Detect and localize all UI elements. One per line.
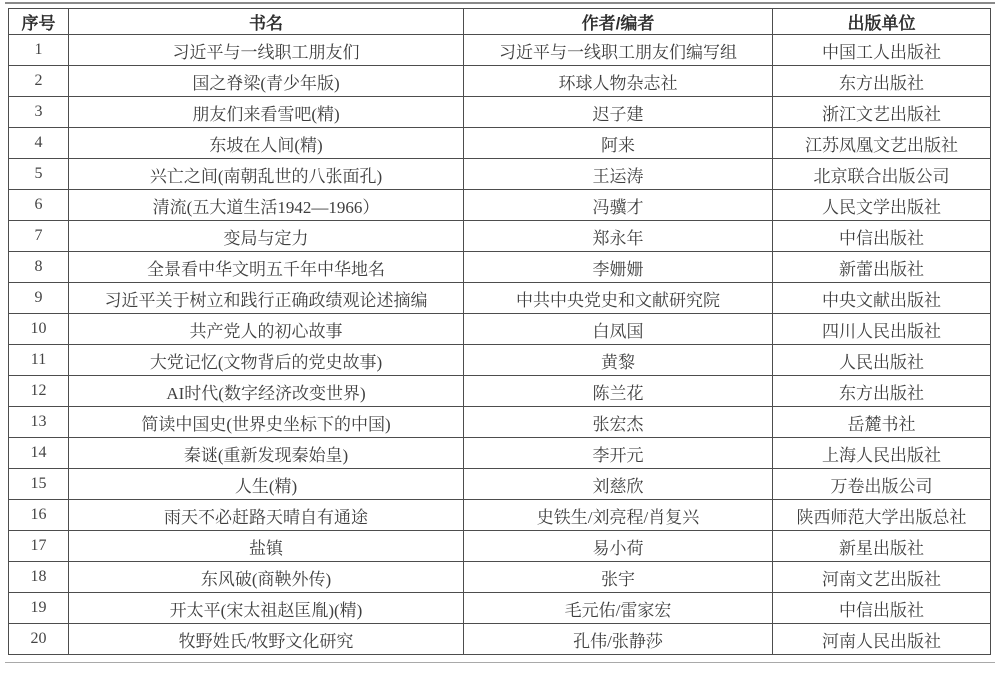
- table-row: 19 开太平(宋太祖赵匡胤)(精) 毛元佑/雷家宏 中信出版社: [9, 593, 991, 624]
- seq-cell: 1: [9, 35, 69, 66]
- author-cell: 李开元: [464, 438, 773, 469]
- seq-cell: 12: [9, 376, 69, 407]
- publisher-cell: 新蕾出版社: [773, 252, 991, 283]
- table-row: 16 雨天不必赶路天晴自有通途 史铁生/刘亮程/肖复兴 陕西师范大学出版总社: [9, 500, 991, 531]
- table-row: 1 习近平与一线职工朋友们 习近平与一线职工朋友们编写组 中国工人出版社: [9, 35, 991, 66]
- table-row: 3 朋友们来看雪吧(精) 迟子建 浙江文艺出版社: [9, 97, 991, 128]
- author-cell: 张宏杰: [464, 407, 773, 438]
- title-cell: 盐镇: [69, 531, 464, 562]
- author-cell: 陈兰花: [464, 376, 773, 407]
- publisher-cell: 东方出版社: [773, 66, 991, 97]
- seq-cell: 18: [9, 562, 69, 593]
- col-header-title: 书名: [69, 9, 464, 35]
- author-cell: 易小荷: [464, 531, 773, 562]
- table-row: 7 变局与定力 郑永年 中信出版社: [9, 221, 991, 252]
- seq-cell: 2: [9, 66, 69, 97]
- title-cell: 兴亡之间(南朝乱世的八张面孔): [69, 159, 464, 190]
- publisher-cell: 中国工人出版社: [773, 35, 991, 66]
- table-row: 6 清流(五大道生活1942—1966） 冯骥才 人民文学出版社: [9, 190, 991, 221]
- author-cell: 中共中央党史和文献研究院: [464, 283, 773, 314]
- seq-cell: 7: [9, 221, 69, 252]
- title-cell: AI时代(数字经济改变世界): [69, 376, 464, 407]
- publisher-cell: 岳麓书社: [773, 407, 991, 438]
- table-row: 20 牧野姓氏/牧野文化研究 孔伟/张静莎 河南人民出版社: [9, 624, 991, 655]
- table-row: 13 简读中国史(世界史坐标下的中国) 张宏杰 岳麓书社: [9, 407, 991, 438]
- book-list-table: 序号 书名 作者/编者 出版单位 1 习近平与一线职工朋友们 习近平与一线职工朋…: [8, 8, 991, 655]
- author-cell: 刘慈欣: [464, 469, 773, 500]
- title-cell: 开太平(宋太祖赵匡胤)(精): [69, 593, 464, 624]
- table-row: 12 AI时代(数字经济改变世界) 陈兰花 东方出版社: [9, 376, 991, 407]
- table-row: 8 全景看中华文明五千年中华地名 李姗姗 新蕾出版社: [9, 252, 991, 283]
- title-cell: 共产党人的初心故事: [69, 314, 464, 345]
- author-cell: 阿来: [464, 128, 773, 159]
- author-cell: 习近平与一线职工朋友们编写组: [464, 35, 773, 66]
- col-header-seq: 序号: [9, 9, 69, 35]
- seq-cell: 8: [9, 252, 69, 283]
- title-cell: 变局与定力: [69, 221, 464, 252]
- publisher-cell: 上海人民出版社: [773, 438, 991, 469]
- publisher-cell: 万卷出版公司: [773, 469, 991, 500]
- author-cell: 迟子建: [464, 97, 773, 128]
- author-cell: 史铁生/刘亮程/肖复兴: [464, 500, 773, 531]
- title-cell: 国之脊梁(青少年版): [69, 66, 464, 97]
- title-cell: 东坡在人间(精): [69, 128, 464, 159]
- title-cell: 雨天不必赶路天晴自有通途: [69, 500, 464, 531]
- author-cell: 黄黎: [464, 345, 773, 376]
- publisher-cell: 中央文献出版社: [773, 283, 991, 314]
- seq-cell: 19: [9, 593, 69, 624]
- publisher-cell: 人民出版社: [773, 345, 991, 376]
- seq-cell: 17: [9, 531, 69, 562]
- seq-cell: 6: [9, 190, 69, 221]
- table-row: 18 东风破(商鞅外传) 张宇 河南文艺出版社: [9, 562, 991, 593]
- publisher-cell: 河南文艺出版社: [773, 562, 991, 593]
- publisher-cell: 四川人民出版社: [773, 314, 991, 345]
- seq-cell: 14: [9, 438, 69, 469]
- title-cell: 全景看中华文明五千年中华地名: [69, 252, 464, 283]
- top-scan-line: [5, 2, 995, 4]
- title-cell: 东风破(商鞅外传): [69, 562, 464, 593]
- table-row: 4 东坡在人间(精) 阿来 江苏凤凰文艺出版社: [9, 128, 991, 159]
- author-cell: 冯骥才: [464, 190, 773, 221]
- author-cell: 白凤国: [464, 314, 773, 345]
- table-row: 11 大党记忆(文物背后的党史故事) 黄黎 人民出版社: [9, 345, 991, 376]
- title-cell: 秦谜(重新发现秦始皇): [69, 438, 464, 469]
- table-row: 2 国之脊梁(青少年版) 环球人物杂志社 东方出版社: [9, 66, 991, 97]
- publisher-cell: 河南人民出版社: [773, 624, 991, 655]
- table-row: 5 兴亡之间(南朝乱世的八张面孔) 王运涛 北京联合出版公司: [9, 159, 991, 190]
- table-row: 9 习近平关于树立和践行正确政绩观论述摘编 中共中央党史和文献研究院 中央文献出…: [9, 283, 991, 314]
- publisher-cell: 陕西师范大学出版总社: [773, 500, 991, 531]
- publisher-cell: 东方出版社: [773, 376, 991, 407]
- col-header-author: 作者/编者: [464, 9, 773, 35]
- author-cell: 李姗姗: [464, 252, 773, 283]
- table-row: 10 共产党人的初心故事 白凤国 四川人民出版社: [9, 314, 991, 345]
- title-cell: 清流(五大道生活1942—1966）: [69, 190, 464, 221]
- col-header-publisher: 出版单位: [773, 9, 991, 35]
- title-cell: 习近平与一线职工朋友们: [69, 35, 464, 66]
- bottom-scan-line: [5, 662, 995, 663]
- seq-cell: 20: [9, 624, 69, 655]
- title-cell: 人生(精): [69, 469, 464, 500]
- title-cell: 大党记忆(文物背后的党史故事): [69, 345, 464, 376]
- table-row: 14 秦谜(重新发现秦始皇) 李开元 上海人民出版社: [9, 438, 991, 469]
- seq-cell: 16: [9, 500, 69, 531]
- author-cell: 郑永年: [464, 221, 773, 252]
- author-cell: 张宇: [464, 562, 773, 593]
- seq-cell: 15: [9, 469, 69, 500]
- publisher-cell: 浙江文艺出版社: [773, 97, 991, 128]
- seq-cell: 10: [9, 314, 69, 345]
- seq-cell: 11: [9, 345, 69, 376]
- publisher-cell: 中信出版社: [773, 221, 991, 252]
- header-row: 序号 书名 作者/编者 出版单位: [9, 9, 991, 35]
- publisher-cell: 北京联合出版公司: [773, 159, 991, 190]
- author-cell: 孔伟/张静莎: [464, 624, 773, 655]
- publisher-cell: 中信出版社: [773, 593, 991, 624]
- title-cell: 习近平关于树立和践行正确政绩观论述摘编: [69, 283, 464, 314]
- title-cell: 朋友们来看雪吧(精): [69, 97, 464, 128]
- seq-cell: 13: [9, 407, 69, 438]
- seq-cell: 5: [9, 159, 69, 190]
- author-cell: 毛元佑/雷家宏: [464, 593, 773, 624]
- seq-cell: 3: [9, 97, 69, 128]
- author-cell: 环球人物杂志社: [464, 66, 773, 97]
- publisher-cell: 江苏凤凰文艺出版社: [773, 128, 991, 159]
- table-row: 17 盐镇 易小荷 新星出版社: [9, 531, 991, 562]
- publisher-cell: 新星出版社: [773, 531, 991, 562]
- seq-cell: 4: [9, 128, 69, 159]
- table-row: 15 人生(精) 刘慈欣 万卷出版公司: [9, 469, 991, 500]
- title-cell: 简读中国史(世界史坐标下的中国): [69, 407, 464, 438]
- author-cell: 王运涛: [464, 159, 773, 190]
- seq-cell: 9: [9, 283, 69, 314]
- publisher-cell: 人民文学出版社: [773, 190, 991, 221]
- title-cell: 牧野姓氏/牧野文化研究: [69, 624, 464, 655]
